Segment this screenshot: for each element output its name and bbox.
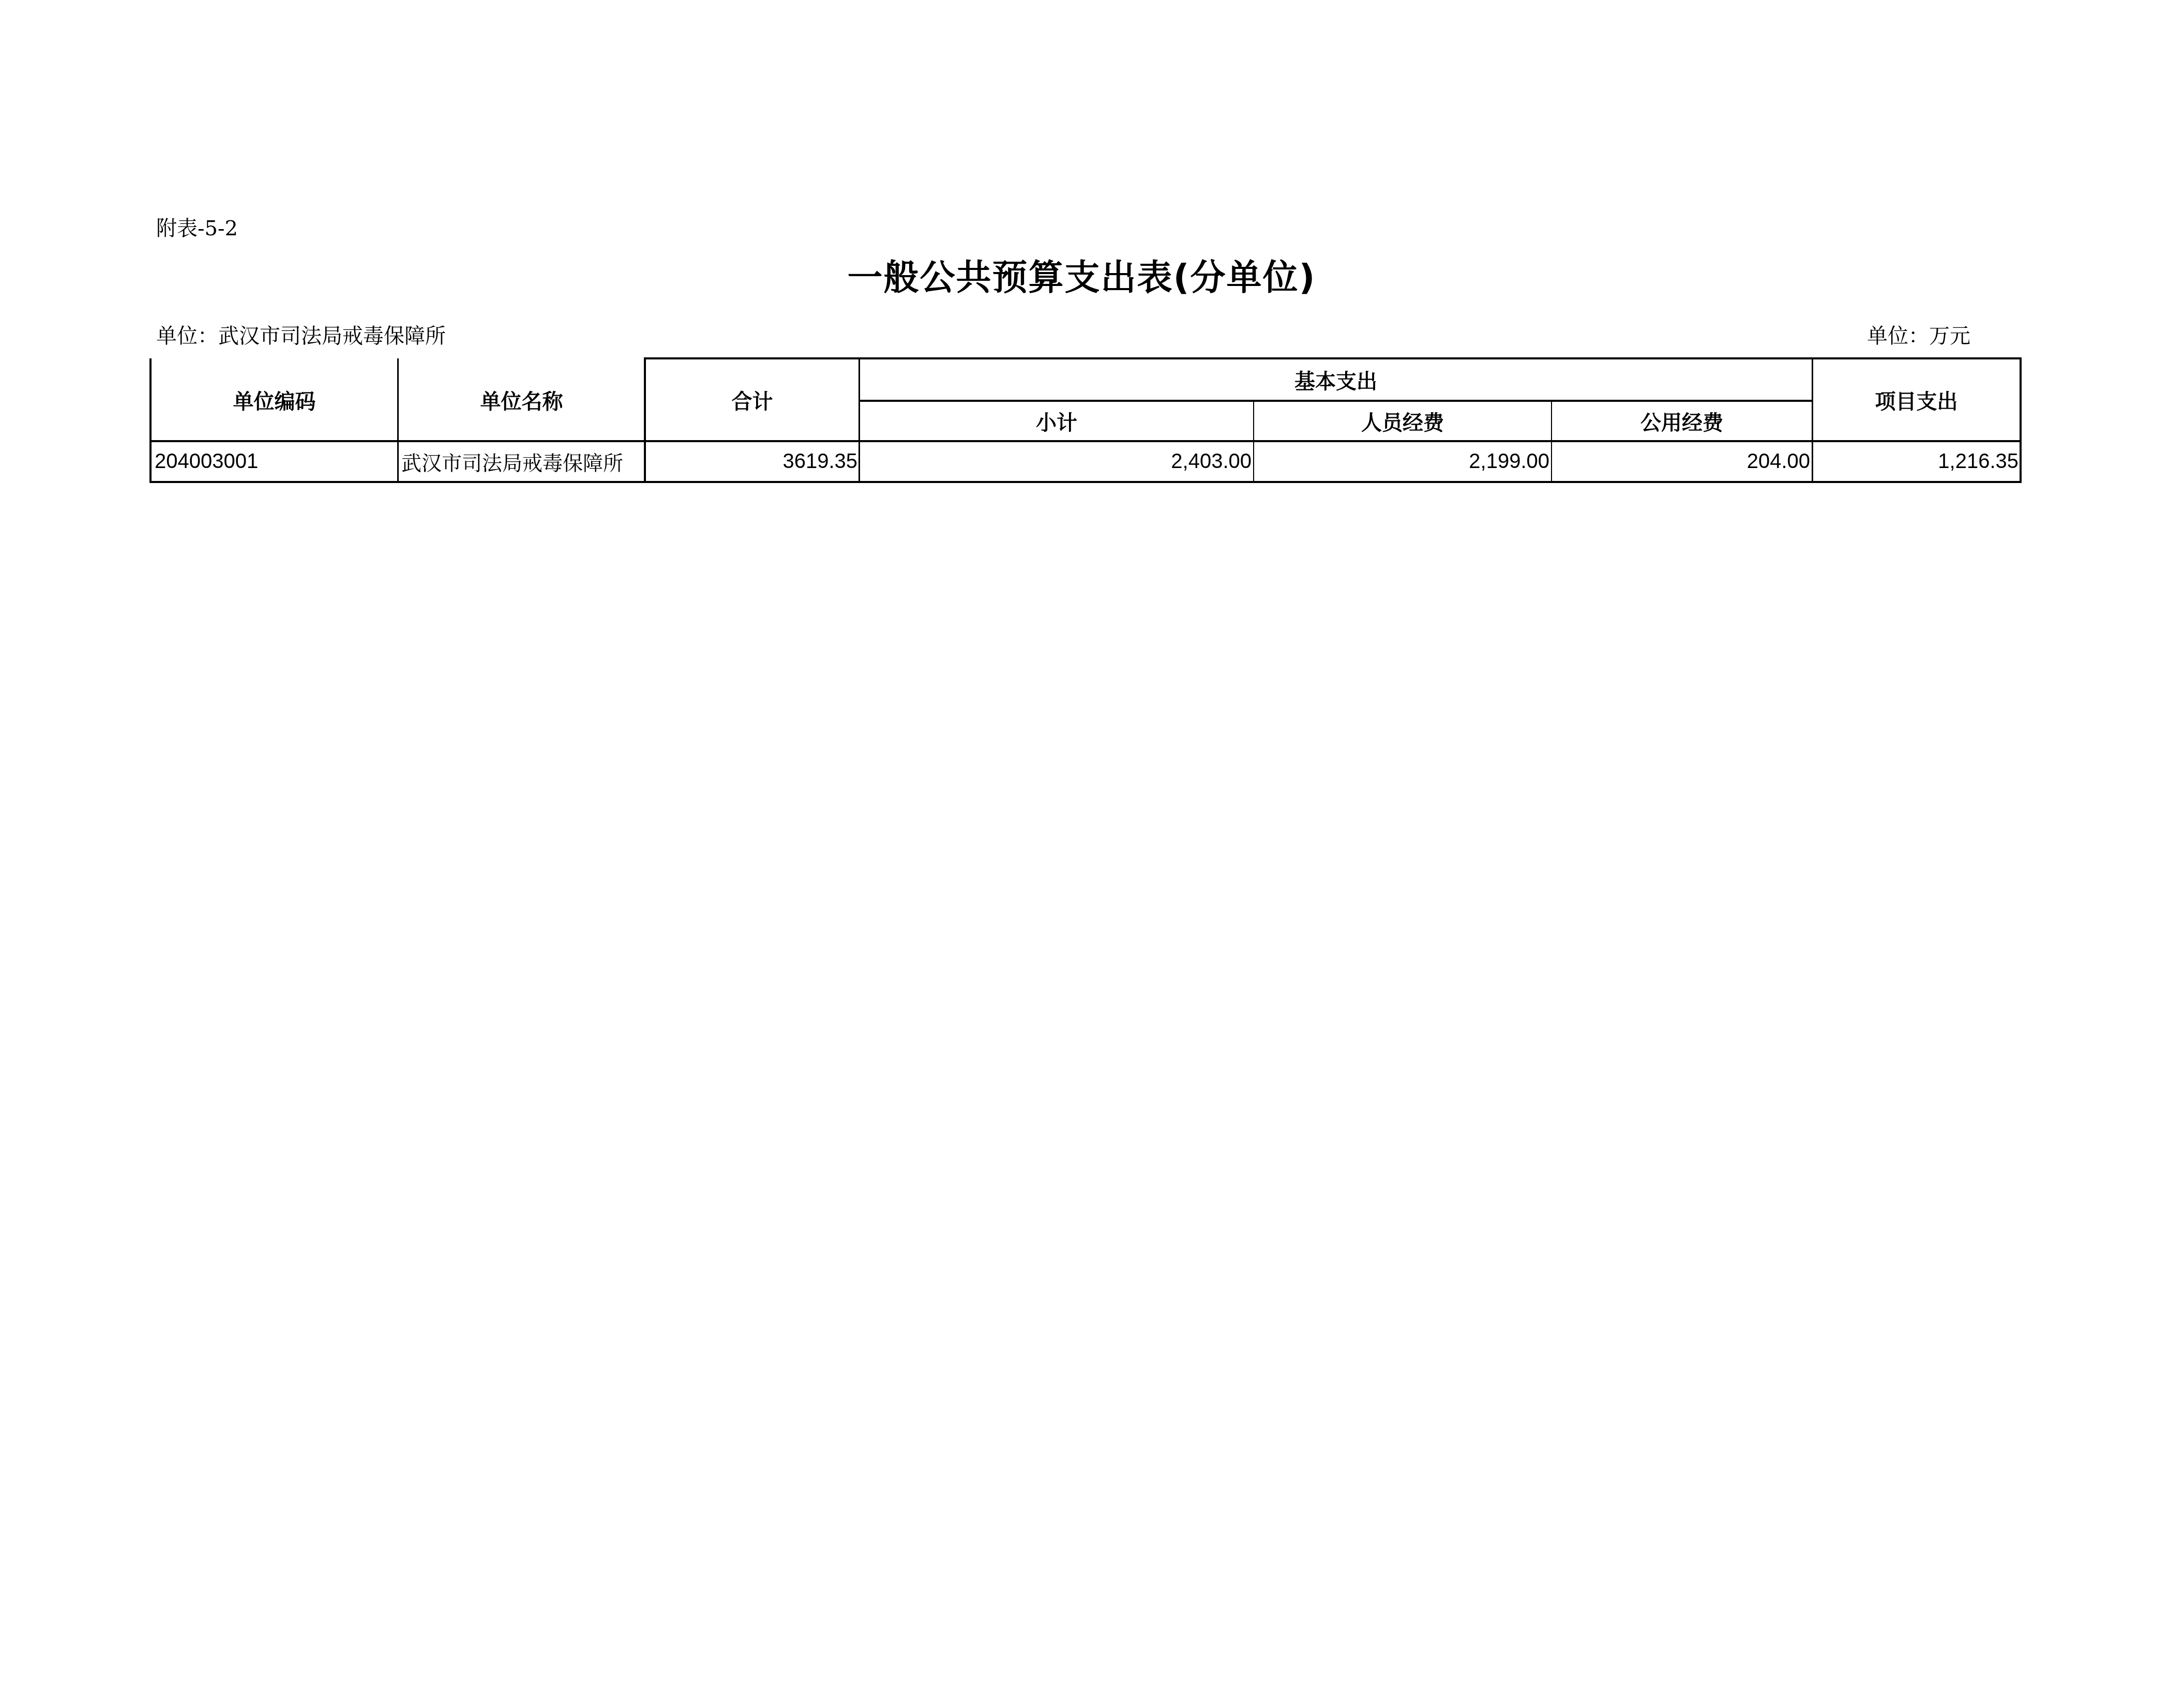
budget-table: 单位编码 单位名称 合计 基本支出 小计 人员经费 公用经费 项目支出 2040… <box>0 0 2184 1688</box>
header-unit-code-label: 单位编码 <box>233 385 316 415</box>
header-personnel-label: 人员经费 <box>1361 406 1444 436</box>
cell-project-expense: 1,216.35 <box>1812 441 2021 482</box>
header-unit-name: 单位名称 <box>398 358 645 441</box>
cell-public: 204.00 <box>1552 441 1812 482</box>
total-value: 3619.35 <box>782 450 857 473</box>
header-public-label: 公用经费 <box>1640 406 1723 436</box>
cell-unit-code: 204003001 <box>150 441 398 482</box>
project-expense-value: 1,216.35 <box>1938 450 2019 473</box>
header-personnel: 人员经费 <box>1254 401 1552 441</box>
cell-total: 3619.35 <box>645 441 860 482</box>
header-public: 公用经费 <box>1552 401 1812 441</box>
header-basic-expense: 基本支出 <box>860 358 1812 401</box>
currency-unit-label: 单位：万元 <box>1867 324 1970 349</box>
header-subtotal: 小计 <box>860 401 1254 441</box>
cell-unit-name: 武汉市司法局戒毒保障所 <box>398 441 645 482</box>
annex-label: 附表-5-2 <box>156 216 238 241</box>
unit-label: 单位：武汉市司法局戒毒保障所 <box>156 324 446 349</box>
header-unit-name-label: 单位名称 <box>480 385 563 415</box>
header-total-label: 合计 <box>732 385 773 415</box>
unit-code-value: 204003001 <box>155 450 258 473</box>
page-title-text: 一般公共预算支出表(分单位) <box>847 258 1316 298</box>
header-subtotal-label: 小计 <box>1036 406 1077 436</box>
header-total: 合计 <box>645 358 860 441</box>
header-basic-expense-label: 基本支出 <box>1294 365 1377 395</box>
personnel-value: 2,199.00 <box>1469 450 1549 473</box>
unit-name-value: 武汉市司法局戒毒保障所 <box>401 447 623 476</box>
cell-personnel: 2,199.00 <box>1254 441 1552 482</box>
page-title: 一般公共预算支出表(分单位) <box>0 258 2184 299</box>
header-project-expense: 项目支出 <box>1812 358 2021 441</box>
public-value: 204.00 <box>1747 450 1810 473</box>
subtotal-value: 2,403.00 <box>1171 450 1252 473</box>
cell-subtotal: 2,403.00 <box>860 441 1254 482</box>
header-project-expense-label: 项目支出 <box>1875 385 1958 415</box>
header-unit-code: 单位编码 <box>150 358 398 441</box>
